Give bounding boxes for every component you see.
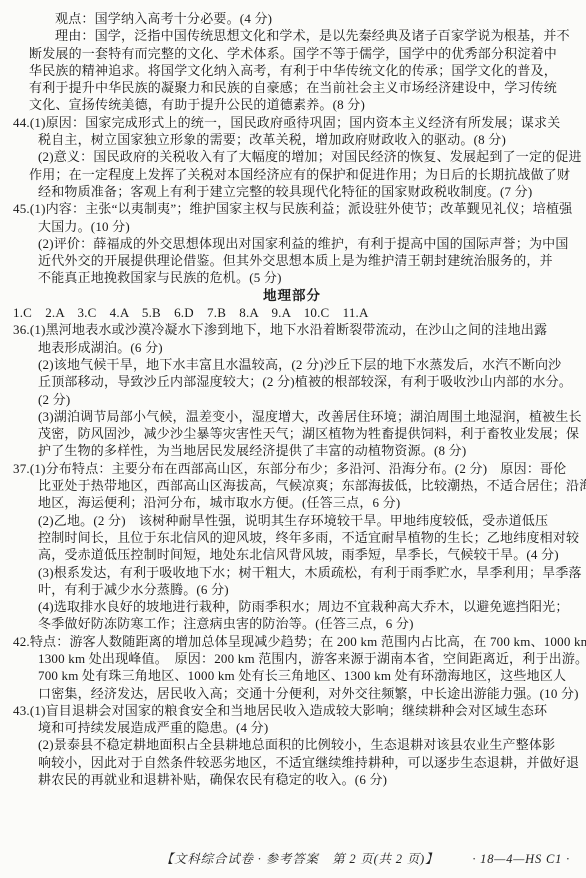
answer-text-line: 叶，有利于减少水分蒸腾。(6 分) xyxy=(38,581,572,598)
answer-text-line: 文化、宣扬传统美德，有助于提升公民的道德素养。(8 分) xyxy=(29,96,572,113)
answer-text-line: 大国力。(10 分) xyxy=(38,218,572,235)
answer-text-line: 1300 km 处出现峰值。 原因：200 km 范围内，游客来源于湖南本省，空… xyxy=(38,650,572,667)
answer-text-line: 断发展的一套特有而完整的文化、学术体系。国学不等于儒学，国学中的优秀部分积淀着中 xyxy=(29,45,572,62)
answer-text-line: 耕农民的再就业和退耕补贴，确保农民有稳定的收入。(6 分) xyxy=(38,771,572,788)
answer-sheet-page: 观点：国学纳入高考十分必要。(4 分) 理由：国学，泛指中国传统思想文化和学术，… xyxy=(0,0,586,878)
answer-text-line: (2)景泰县不稳定耕地面积占全县耕地总面积的比例较小，生态退耕对该县农业生产整体… xyxy=(38,736,572,753)
answer-text-line: (2)意义：国民政府的关税收入有了大幅度的增加；对国民经济的恢复、发展起到了一定… xyxy=(38,148,572,165)
answer-text-line: 37.(1)分布特点：主要分布在西部高山区，东部分布少；多沿河、沿海分布。(2 … xyxy=(13,460,572,477)
answer-text-line: (2 分) xyxy=(38,391,572,408)
answer-text-line: 丘顶部移动，导致沙丘内部湿度较大；(2 分)植被的根部较深，有利于吸收沙山内部的… xyxy=(38,373,572,390)
geography-section-heading: 地理部分 xyxy=(12,287,572,304)
answer-text-line: 护了生物的多样性，为当地居民发展经济提供了丰富的动植物资源。(8 分) xyxy=(38,442,572,459)
answer-text-line: 44.(1)原因：国家完成形式上的统一，国民政府亟待巩固；国内资本主义经济有所发… xyxy=(13,114,572,131)
answer-text-line: 作用；在一定程度上发挥了关税对本国经济应有的保护和促进作用；为日后的长期抗战做了… xyxy=(29,166,572,183)
footer-paper-code: · 18—4—HS C1 · xyxy=(472,852,570,867)
multiple-choice-answers: 1.C 2.A 3.C 4.A 5.B 6.D 7.B 8.A 9.A 10.C… xyxy=(13,304,572,321)
answer-text-line: 高，受赤道低压控制时间短，地处东北信风背风坡，雨季短，旱季长，气候较干旱。(4 … xyxy=(38,546,572,563)
answer-text-line: 近代外交的开展提供理论借鉴。但其外交思想本质上是为维护清王朝封建统治服务的，并 xyxy=(38,252,572,269)
answer-text-line: (3)湖泊调节局部小气候，温差变小，湿度增大，改善居住环境；湖泊周围土地湿润，植… xyxy=(38,408,572,425)
answer-text-line: 43.(1)盲目退耕会对国家的粮食安全和当地居民收入造成较大影响；继续耕种会对区… xyxy=(13,702,572,719)
answer-text-line: 不能真正地挽救国家与民族的危机。(5 分) xyxy=(38,269,572,286)
answer-text-line: 42.特点：游客人数随距离的增加总体呈现减少趋势；在 200 km 范围内占比高… xyxy=(13,633,572,650)
answer-text-line: 境和可持续发展造成严重的隐患。(4 分) xyxy=(38,719,572,736)
answer-text-line: 经和物质准备；客观上有利于建立完整的较具现代化特征的国家财政税收制度。(7 分) xyxy=(38,183,572,200)
answer-text-line: 比亚处于热带地区，西部高山区海拔高，气候凉爽；东部海拔低，比较潮热，不适合居住；… xyxy=(38,477,572,494)
answer-text-line: 地区，海运便利；沿河分布，城市取水方便。(任答三点，6 分) xyxy=(38,494,572,511)
answer-text-line: 地表形成湖泊。(6 分) xyxy=(38,339,572,356)
answer-text-line: 税自主，树立国家独立形象的需要；改革关税，增加政府财政收入的驱动。(8 分) xyxy=(38,131,572,148)
answer-text-line: (2)评价：薛福成的外交思想体现出对国家利益的维护，有利于提高中国的国际声誉；为… xyxy=(38,235,572,252)
answer-text-line: (2)该地气候干旱，地下水丰富且水温较高，(2 分)沙丘下层的地下水蒸发后，水汽… xyxy=(38,356,572,373)
answer-text-line: 45.(1)内容：主张“以夷制夷”；维护国家主权与民族利益；派设驻外使节；改革觐… xyxy=(13,200,572,217)
answer-text-line: 茂密，防风固沙，减少沙尘暴等灾害性天气；湖区植物为牲畜提供饲料，利于畜牧业发展；… xyxy=(38,425,572,442)
answer-text-line: 冬季做好防冻防寒工作；注意病虫害的防治等。(任答三点，6 分) xyxy=(38,615,572,632)
answer-text-line: 响较小，因此对于自然条件较恶劣地区，不适宜继续维持耕种，可以逐步生态退耕，并做好… xyxy=(38,754,572,771)
answer-text-line: (4)选取排水良好的坡地进行栽种，防雨季积水；周边不宜栽种高大乔木，以避免遮挡阳… xyxy=(38,598,572,615)
answer-text-line: 700 km 处有珠三角地区、1000 km 处有长三角地区、1300 km 处… xyxy=(38,667,572,684)
answer-text-line: 理由：国学，泛指中国传统思想文化和学术，是以先秦经典及诸子百家学说为根基，并不 xyxy=(55,27,572,44)
answer-text-line: 口密集，经济发达，居民收入高；交通十分便利，对外交往频繁，中长途出游能力强。(1… xyxy=(38,685,572,702)
footer-title-and-page-number: 【文科综合试卷 · 参考答案 第 2 页(共 2 页)】 xyxy=(161,849,439,867)
answer-text-line: 有利于提升中华民族的凝聚力和民族的自豪感；在当前社会主义市场经济建设中，学习传统 xyxy=(29,79,572,96)
answer-text-line: 观点：国学纳入高考十分必要。(4 分) xyxy=(55,10,572,27)
answer-text-line: (3)根系发达，有利于吸收地下水；树干粗大，木质疏松，有利于雨季贮水，旱季利用；… xyxy=(38,564,572,581)
answer-text-line: 华民族的精神追求。将国学文化纳入高考，有利于中华传统文化的传承；国学文化的普及， xyxy=(29,62,572,79)
answer-text-line: 36.(1)黑河地表水或沙漠冷凝水下渗到地下，地下水沿着断裂带流动，在沙山之间的… xyxy=(13,321,572,338)
answer-text-line: 控制时间长，且位于东北信风的迎风坡，终年多雨，不适宜耐旱植物的生长；乙地纬度相对… xyxy=(38,529,572,546)
answer-text-line: (2)乙地。(2 分) 该树种耐旱性强，说明其生存环境较干旱。甲地纬度较低，受赤… xyxy=(38,512,572,529)
page-footer: 【文科综合试卷 · 参考答案 第 2 页(共 2 页)】 · 18—4—HS C… xyxy=(0,849,570,867)
history-answers-block: 观点：国学纳入高考十分必要。(4 分) 理由：国学，泛指中国传统思想文化和学术，… xyxy=(12,10,572,287)
geography-answers-block: 36.(1)黑河地表水或沙漠冷凝水下渗到地下，地下水沿着断裂带流动，在沙山之间的… xyxy=(12,321,572,788)
